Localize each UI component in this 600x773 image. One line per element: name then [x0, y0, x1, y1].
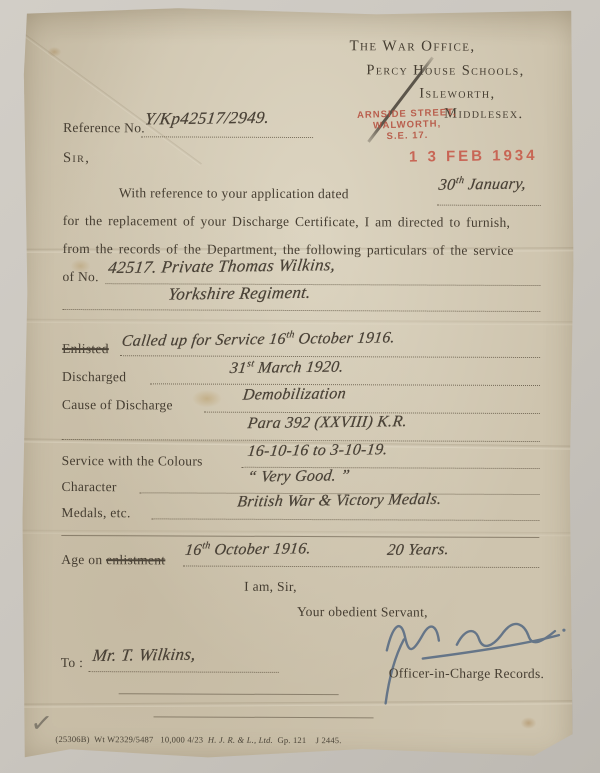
stain [520, 717, 536, 729]
check-mark: ✓ [29, 708, 54, 740]
rule-line [62, 309, 540, 312]
body-line: With reference to your application dated [119, 185, 349, 202]
stain [192, 390, 222, 408]
document-paper: The War Office, Percy House Schools, Isl… [20, 7, 575, 761]
stain [47, 47, 61, 57]
letterhead-address-line: Percy House Schools, [366, 62, 524, 80]
field-label-age: Age on enlistment [61, 552, 165, 568]
field-label-character: Character [62, 479, 117, 495]
crease [22, 319, 574, 325]
printer-imprint: (25306B) Wt W2329/5487 10,000 4/23 H. J.… [55, 734, 341, 745]
rule-line [141, 136, 313, 138]
addressee-value: Mr. T. Wilkins, [93, 645, 196, 665]
soldier-name-value: 42517. Private Thomas Wilkins, [108, 256, 335, 277]
rule-line [154, 716, 374, 718]
field-value-medals: British War & Victory Medals. [237, 492, 441, 511]
received-address-stamp: ARNSIDE STREET, WALWORTH, S.E. 17. [357, 107, 458, 143]
rule-line [89, 671, 279, 673]
field-value-cause: Demobilization [243, 386, 346, 404]
field-value-age-years: 20 Years. [387, 541, 449, 559]
field-value-character: “ Very Good. ” [248, 468, 350, 486]
photo-background: The War Office, Percy House Schools, Isl… [0, 0, 600, 773]
field-label-service: Service with the Colours [62, 453, 203, 470]
closing-i-am: I am, Sir, [244, 579, 297, 595]
rule-line [119, 693, 339, 695]
signature [373, 606, 573, 707]
field-value-cause-continued: Para 392 (XXVIII) K.R. [248, 414, 407, 433]
field-label-enlisted: Enlisted [62, 341, 109, 357]
salutation: Sir, [63, 150, 90, 167]
rule-line [151, 518, 539, 521]
field-label-cause: Cause of Discharge [62, 397, 173, 413]
signature-caption: Officer-in-Charge Records. [389, 665, 545, 682]
of-no-label: of No. [62, 269, 98, 285]
rule-line [61, 535, 539, 538]
field-value-discharged: 31st March 1920. [230, 358, 344, 378]
field-label-medals: Medals, etc. [61, 505, 130, 521]
rule-line [437, 205, 541, 206]
letterhead-address-line: Isleworth, [419, 86, 495, 103]
field-value-age-date: 16th October 1916. [185, 540, 311, 560]
application-date-value: 30th January, [439, 175, 526, 195]
regiment-value: Yorkshire Regiment. [168, 283, 310, 304]
field-label-discharged: Discharged [62, 369, 126, 385]
field-value-enlisted: Called up for Service 16th October 1916. [122, 329, 395, 350]
date-received-stamp: 1 3 FEB 1934 [409, 147, 538, 166]
rule-line [183, 566, 539, 569]
addressee-label: To : [61, 655, 83, 671]
reference-label: Reference No. [63, 120, 145, 136]
letterhead-office: The War Office, [349, 38, 475, 56]
reference-value: Y/Kp42517/2949. [145, 108, 269, 129]
crease [15, 27, 202, 165]
body-line: for the replacement of your Discharge Ce… [63, 213, 511, 231]
field-value-service: 16-10-16 to 3-10-19. [248, 442, 388, 461]
